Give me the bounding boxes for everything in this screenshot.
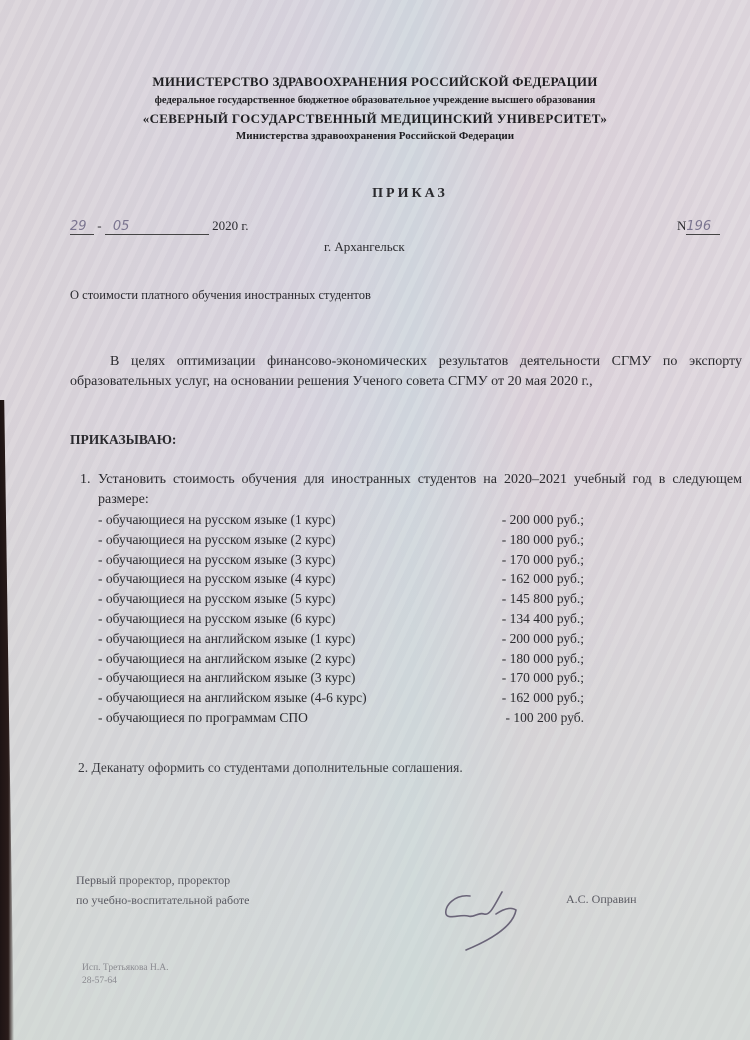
price-value: - 162 000 руб.; <box>502 571 584 587</box>
order-document: МИНИСТЕРСТВО ЗДРАВООХРАНЕНИЯ РОССИЙСКОЙ … <box>0 0 750 1040</box>
price-category: - обучающиеся на английском языке (1 кур… <box>98 631 355 647</box>
price-row: - обучающиеся на английском языке (4-6 к… <box>98 690 618 710</box>
price-value: - 200 000 руб.; <box>502 631 584 647</box>
ministry-header: МИНИСТЕРСТВО ЗДРАВООХРАНЕНИЯ РОССИЙСКОЙ … <box>0 74 750 90</box>
position-line-2: по учебно-воспитательной работе <box>76 890 249 910</box>
price-category: - обучающиеся на английском языке (4-6 к… <box>98 690 367 706</box>
institution-type: федеральное государственное бюджетное об… <box>0 95 750 106</box>
number-value: 196 <box>686 219 720 235</box>
item-1: 1. Установить стоимость обучения для ино… <box>70 470 742 510</box>
price-row: - обучающиеся на английском языке (1 кур… <box>98 631 618 651</box>
date-year: 2020 г. <box>212 218 248 233</box>
price-category: - обучающиеся на русском языке (3 курс) <box>98 552 335 568</box>
number-prefix: N <box>677 218 686 233</box>
date-day: 29 <box>70 219 94 235</box>
document-subject: О стоимости платного обучения иностранны… <box>70 288 371 303</box>
price-row: - обучающиеся на русском языке (1 курс)-… <box>98 512 618 532</box>
price-row: - обучающиеся на русском языке (2 курс)-… <box>98 532 618 552</box>
price-row: - обучающиеся на английском языке (2 кур… <box>98 651 618 671</box>
price-category: - обучающиеся на русском языке (1 курс) <box>98 512 335 528</box>
signatory-position: Первый проректор, проректор по учебно-во… <box>76 870 249 910</box>
document-number: N196 <box>677 218 720 235</box>
item-1-text: Установить стоимость обучения для иностр… <box>98 470 742 510</box>
executor-name: Исп. Третьякова Н.А. <box>82 962 168 975</box>
price-value: - 100 200 руб. <box>505 710 584 726</box>
price-category: - обучающиеся на английском языке (2 кур… <box>98 651 355 667</box>
date-month: 05 <box>105 219 209 235</box>
price-value: - 170 000 руб.; <box>502 552 584 568</box>
date-separator: - <box>97 218 101 233</box>
position-line-1: Первый проректор, проректор <box>76 870 249 890</box>
document-date: 29 - 05 2020 г. <box>70 218 248 235</box>
price-value: - 145 800 руб.; <box>502 591 584 607</box>
university-name: «СЕВЕРНЫЙ ГОСУДАРСТВЕННЫЙ МЕДИЦИНСКИЙ УН… <box>0 111 750 127</box>
price-value: - 180 000 руб.; <box>502 651 584 667</box>
price-row: - обучающиеся на русском языке (5 курс)-… <box>98 591 618 611</box>
document-title: ПРИКАЗ <box>0 186 750 202</box>
price-value: - 200 000 руб.; <box>502 512 584 528</box>
handwritten-signature <box>440 888 540 958</box>
price-category: - обучающиеся на русском языке (6 курс) <box>98 611 335 627</box>
price-value: - 180 000 руб.; <box>502 532 584 548</box>
price-list: - обучающиеся на русском языке (1 курс)-… <box>98 512 618 730</box>
item-1-number: 1. <box>80 470 91 490</box>
price-category: - обучающиеся по программам СПО <box>98 710 308 726</box>
price-category: - обучающиеся на английском языке (3 кур… <box>98 670 355 686</box>
preamble: В целях оптимизации финансово-экономичес… <box>70 352 742 392</box>
executor-info: Исп. Третьякова Н.А. 28-57-64 <box>82 962 168 988</box>
executor-phone: 28-57-64 <box>82 975 168 988</box>
ministry-subheader: Министерства здравоохранения Российской … <box>0 130 750 142</box>
price-row: - обучающиеся на русском языке (3 курс)-… <box>98 552 618 572</box>
signatory-name: А.С. Оправин <box>566 892 637 907</box>
item-2: 2. Деканату оформить со студентами допол… <box>78 760 463 776</box>
order-word: ПРИКАЗЫВАЮ: <box>70 432 176 448</box>
price-row: - обучающиеся на русском языке (6 курс)-… <box>98 611 618 631</box>
price-category: - обучающиеся на русском языке (2 курс) <box>98 532 335 548</box>
price-row: - обучающиеся по программам СПО- 100 200… <box>98 710 618 730</box>
price-category: - обучающиеся на русском языке (5 курс) <box>98 591 335 607</box>
price-value: - 134 400 руб.; <box>502 611 584 627</box>
price-row: - обучающиеся на английском языке (3 кур… <box>98 670 618 690</box>
city: г. Архангельск <box>324 239 405 255</box>
price-value: - 170 000 руб.; <box>502 670 584 686</box>
price-value: - 162 000 руб.; <box>502 690 584 706</box>
price-row: - обучающиеся на русском языке (4 курс)-… <box>98 571 618 591</box>
price-category: - обучающиеся на русском языке (4 курс) <box>98 571 335 587</box>
